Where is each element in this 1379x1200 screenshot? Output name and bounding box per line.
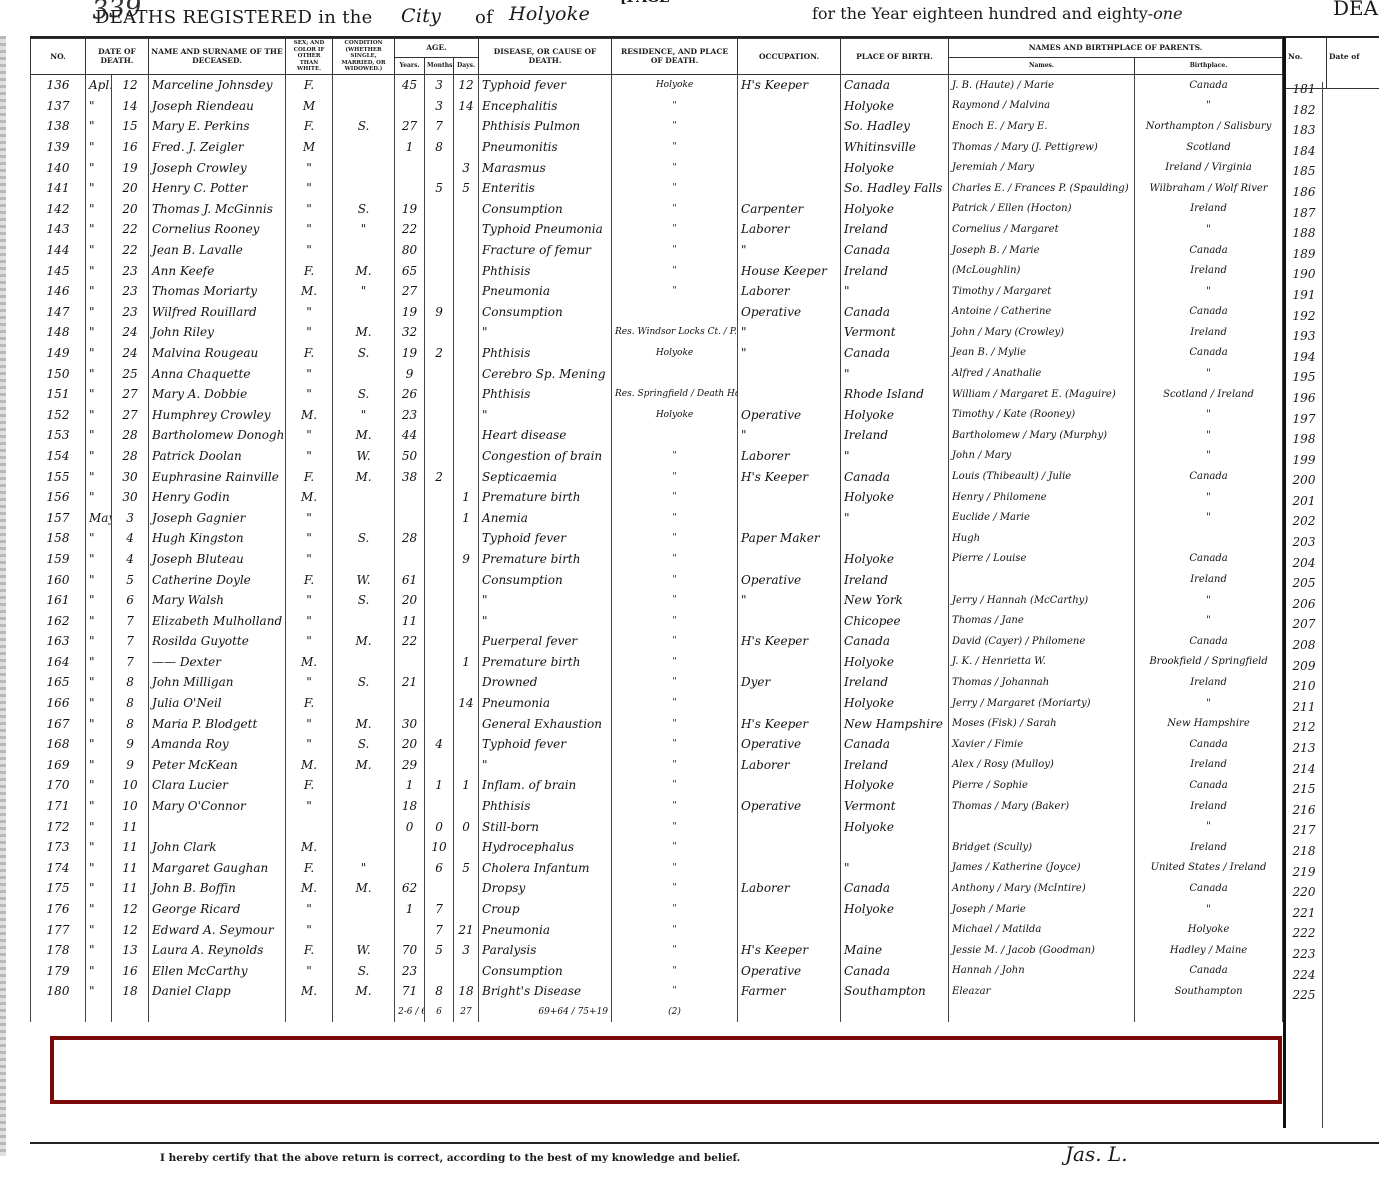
cause-of-death: Typhoid Pneumonia: [479, 219, 612, 240]
condition: [333, 816, 395, 837]
age-days: 1: [454, 487, 479, 508]
place-type: City: [401, 5, 441, 27]
sex: F.: [286, 466, 333, 487]
parent-birthplace: ": [1135, 404, 1283, 425]
place-of-birth: Canada: [841, 631, 949, 652]
certification-statement: I hereby certify that the above return i…: [160, 1152, 740, 1164]
death-month: ": [86, 858, 112, 879]
residence: ": [612, 796, 738, 817]
deceased-name: Hugh Kingston: [149, 528, 286, 549]
age-months: [425, 425, 454, 446]
age-days: [454, 384, 479, 405]
year-suffix: one: [1153, 4, 1182, 23]
sex: ": [286, 796, 333, 817]
death-month: ": [86, 899, 112, 920]
age-years: 70: [395, 940, 425, 961]
death-month: ": [86, 961, 112, 982]
next-page-record-number: 202: [1286, 514, 1322, 535]
age-years: [395, 157, 425, 178]
cause-of-death: Septicaemia: [479, 466, 612, 487]
col-header-months: Months.: [425, 57, 454, 74]
record-number: 137: [31, 96, 86, 117]
condition: M.: [333, 322, 395, 343]
residence: ": [612, 816, 738, 837]
death-day: 25: [112, 363, 149, 384]
age-days: 3: [454, 940, 479, 961]
occupation: Operative: [738, 569, 841, 590]
age-years: 9: [395, 363, 425, 384]
register-row: 180 " 18 Daniel Clapp M. M. 71 8 18 Brig…: [31, 981, 1283, 1002]
col-header-parent-birthplace: Birthplace.: [1135, 57, 1283, 74]
parent-names: Cornelius / Margaret: [949, 219, 1135, 240]
next-page-record-number: 207: [1286, 617, 1322, 638]
residence: ": [612, 610, 738, 631]
parent-names: Henry / Philomene: [949, 487, 1135, 508]
deceased-name: Henry C. Potter: [149, 178, 286, 199]
age-years: 32: [395, 322, 425, 343]
sex: F.: [286, 940, 333, 961]
next-page-record-number: 196: [1286, 391, 1322, 412]
residence: ": [612, 981, 738, 1002]
cause-of-death: Premature birth: [479, 652, 612, 673]
parent-birthplace: ": [1135, 425, 1283, 446]
cause-of-death: ": [479, 404, 612, 425]
residence: ": [612, 693, 738, 714]
register-row: 176 " 12 George Ricard " 1 7 Croup " Hol…: [31, 899, 1283, 920]
occupation: ": [738, 343, 841, 364]
parent-birthplace: ": [1135, 487, 1283, 508]
death-month: ": [86, 219, 112, 240]
age-years: 27: [395, 116, 425, 137]
place-of-birth: [841, 919, 949, 940]
parent-birthplace: ": [1135, 507, 1283, 528]
sex: F.: [286, 569, 333, 590]
parent-birthplace: Canada: [1135, 549, 1283, 570]
deceased-name: John B. Boffin: [149, 878, 286, 899]
age-days: [454, 796, 479, 817]
age-months: [425, 610, 454, 631]
total-months: 6: [425, 1002, 454, 1023]
record-number: 154: [31, 446, 86, 467]
age-days: [454, 528, 479, 549]
cause-of-death: Congestion of brain: [479, 446, 612, 467]
death-day: 11: [112, 837, 149, 858]
residence: ": [612, 919, 738, 940]
deceased-name: Maria P. Blodgett: [149, 713, 286, 734]
sex: M.: [286, 404, 333, 425]
death-day: 7: [112, 631, 149, 652]
death-month: ": [86, 610, 112, 631]
col-header-years: Years.: [395, 57, 425, 74]
death-day: 16: [112, 961, 149, 982]
parent-birthplace: ": [1135, 363, 1283, 384]
sex: F.: [286, 775, 333, 796]
age-months: 7: [425, 919, 454, 940]
death-day: 22: [112, 219, 149, 240]
deceased-name: Mary Walsh: [149, 590, 286, 611]
age-years: 80: [395, 240, 425, 261]
death-day: 20: [112, 199, 149, 220]
sex: M.: [286, 755, 333, 776]
col-header-parent-names: Names.: [949, 57, 1135, 74]
deceased-name: Anna Chaquette: [149, 363, 286, 384]
next-page-record-number: 201: [1286, 494, 1322, 515]
next-page-record-number: 195: [1286, 370, 1322, 391]
residence: ": [612, 652, 738, 673]
register-row: 178 " 13 Laura A. Reynolds F. W. 70 5 3 …: [31, 940, 1283, 961]
register-row: 142 " 20 Thomas J. McGinnis " S. 19 Cons…: [31, 199, 1283, 220]
death-month: ": [86, 302, 112, 323]
age-months: 5: [425, 940, 454, 961]
deceased-name: Mary O'Connor: [149, 796, 286, 817]
occupation: [738, 96, 841, 117]
parent-names: John / Mary (Crowley): [949, 322, 1135, 343]
age-months: [425, 796, 454, 817]
sex: ": [286, 590, 333, 611]
parent-birthplace: Canada: [1135, 466, 1283, 487]
age-days: [454, 219, 479, 240]
residence: ": [612, 96, 738, 117]
death-month: ": [86, 363, 112, 384]
deceased-name: Joseph Gagnier: [149, 507, 286, 528]
death-day: 19: [112, 157, 149, 178]
age-days: 5: [454, 178, 479, 199]
place-of-birth: ": [841, 446, 949, 467]
age-years: 19: [395, 302, 425, 323]
parent-birthplace: ": [1135, 610, 1283, 631]
record-number: 170: [31, 775, 86, 796]
next-page-record-number: 186: [1286, 185, 1322, 206]
age-months: 8: [425, 981, 454, 1002]
age-months: 6: [425, 858, 454, 879]
register-row: 160 " 5 Catherine Doyle F. W. 61 Consump…: [31, 569, 1283, 590]
place-of-birth: Holyoke: [841, 775, 949, 796]
age-months: 4: [425, 734, 454, 755]
deceased-name: Thomas Moriarty: [149, 281, 286, 302]
year-prefix: for the Year eighteen hundred and eighty…: [812, 4, 1153, 23]
death-month: ": [86, 713, 112, 734]
condition: [333, 919, 395, 940]
cause-of-death: Encephalitis: [479, 96, 612, 117]
parent-names: Alfred / Anathalie: [949, 363, 1135, 384]
age-years: 19: [395, 199, 425, 220]
record-number: 173: [31, 837, 86, 858]
register-row: 164 " 7 —— Dexter M. 1 Premature birth "…: [31, 652, 1283, 673]
record-number: 145: [31, 260, 86, 281]
condition: ": [333, 404, 395, 425]
total-days: 27: [454, 1002, 479, 1023]
death-day: 9: [112, 734, 149, 755]
death-day: 22: [112, 240, 149, 261]
place-of-birth: Holyoke: [841, 96, 949, 117]
age-months: [425, 590, 454, 611]
parent-birthplace: United States / Ireland: [1135, 858, 1283, 879]
death-month: ": [86, 590, 112, 611]
next-page-columns: No. Date of 1811821831841851861871881891…: [1283, 36, 1379, 1128]
record-number: 162: [31, 610, 86, 631]
cause-of-death: Consumption: [479, 199, 612, 220]
parent-names: Jeremiah / Mary: [949, 157, 1135, 178]
condition: M.: [333, 631, 395, 652]
occupation: Operative: [738, 796, 841, 817]
parent-birthplace: ": [1135, 281, 1283, 302]
death-day: 4: [112, 549, 149, 570]
age-months: [425, 404, 454, 425]
death-day: 15: [112, 116, 149, 137]
record-number: 148: [31, 322, 86, 343]
occupation: [738, 652, 841, 673]
cause-of-death: Consumption: [479, 569, 612, 590]
age-years: 18: [395, 796, 425, 817]
parent-birthplace: Northampton / Salisbury: [1135, 116, 1283, 137]
sex: M.: [286, 878, 333, 899]
register-row: 152 " 27 Humphrey Crowley M. " 23 " Holy…: [31, 404, 1283, 425]
occupation: ": [738, 240, 841, 261]
deceased-name: Marceline Johnsdey: [149, 74, 286, 95]
death-month: ": [86, 693, 112, 714]
parent-names: Jerry / Margaret (Moriarty): [949, 693, 1135, 714]
parent-names: Enoch E. / Mary E.: [949, 116, 1135, 137]
age-months: [425, 384, 454, 405]
occupation: [738, 549, 841, 570]
age-days: [454, 878, 479, 899]
sex: M: [286, 96, 333, 117]
cause-of-death: Enteritis: [479, 178, 612, 199]
register-row: 171 " 10 Mary O'Connor " 18 Phthisis " O…: [31, 796, 1283, 817]
condition: [333, 363, 395, 384]
parent-names: Antoine / Catherine: [949, 302, 1135, 323]
age-years: [395, 652, 425, 673]
occupation: [738, 137, 841, 158]
register-row: 167 " 8 Maria P. Blodgett " M. 30 Genera…: [31, 713, 1283, 734]
age-years: 20: [395, 734, 425, 755]
condition: S.: [333, 384, 395, 405]
register-row: 138 " 15 Mary E. Perkins F. S. 27 7 Phth…: [31, 116, 1283, 137]
residence: ": [612, 961, 738, 982]
condition: [333, 240, 395, 261]
age-days: [454, 631, 479, 652]
death-day: 20: [112, 178, 149, 199]
residence: ": [612, 446, 738, 467]
age-days: [454, 302, 479, 323]
cause-of-death: Phthisis: [479, 343, 612, 364]
parent-birthplace: Ireland: [1135, 569, 1283, 590]
age-months: 9: [425, 302, 454, 323]
col-header-parents: Names and Birthplace of Parents.: [949, 39, 1283, 58]
sex: ": [286, 199, 333, 220]
death-day: 7: [112, 610, 149, 631]
age-years: 62: [395, 878, 425, 899]
condition: S.: [333, 343, 395, 364]
age-years: [395, 837, 425, 858]
age-months: [425, 713, 454, 734]
next-page-record-number: 213: [1286, 741, 1322, 762]
parent-birthplace: Brookfield / Springfield: [1135, 652, 1283, 673]
next-page-record-number: 212: [1286, 720, 1322, 741]
death-day: 14: [112, 96, 149, 117]
parent-names: Thomas / Mary (Baker): [949, 796, 1135, 817]
parent-names: Thomas / Johannah: [949, 672, 1135, 693]
register-row: 146 " 23 Thomas Moriarty M. " 27 Pneumon…: [31, 281, 1283, 302]
cause-of-death: Paralysis: [479, 940, 612, 961]
condition: [333, 775, 395, 796]
place-of-birth: Holyoke: [841, 816, 949, 837]
death-month: ": [86, 631, 112, 652]
cause-of-death: Marasmus: [479, 157, 612, 178]
parent-names: Euclide / Marie: [949, 507, 1135, 528]
occupation: Farmer: [738, 981, 841, 1002]
cause-of-death: Pneumonia: [479, 281, 612, 302]
col-header-birthplace: Place of Birth.: [841, 39, 949, 75]
age-months: [425, 961, 454, 982]
deceased-name: Jean B. Lavalle: [149, 240, 286, 261]
residence: Holyoke: [612, 74, 738, 95]
next-page-title: DEA: [1333, 0, 1378, 20]
next-page-record-number: 184: [1286, 144, 1322, 165]
condition: M.: [333, 878, 395, 899]
death-register-table: No. Date of Death. Name and Surname of t…: [30, 36, 1283, 1022]
parent-birthplace: New Hampshire: [1135, 713, 1283, 734]
cause-of-death: Cerebro Sp. Mening: [479, 363, 612, 384]
age-years: [395, 507, 425, 528]
parent-names: Jessie M. / Jacob (Goodman): [949, 940, 1135, 961]
death-month: ": [86, 734, 112, 755]
death-month: ": [86, 816, 112, 837]
parent-names: Eleazar: [949, 981, 1135, 1002]
register-row: 136 Apl. 12 Marceline Johnsdey F. 45 3 1…: [31, 74, 1283, 95]
place-of-birth: Ireland: [841, 425, 949, 446]
age-years: 61: [395, 569, 425, 590]
age-years: 71: [395, 981, 425, 1002]
death-month: ": [86, 425, 112, 446]
occupation: Laborer: [738, 446, 841, 467]
parent-names: Hugh: [949, 528, 1135, 549]
parent-birthplace: Ireland: [1135, 755, 1283, 776]
record-number: 158: [31, 528, 86, 549]
sex: F.: [286, 858, 333, 879]
occupation: [738, 816, 841, 837]
deceased-name: Ann Keefe: [149, 260, 286, 281]
death-day: 23: [112, 281, 149, 302]
death-day: 12: [112, 899, 149, 920]
death-month: ": [86, 775, 112, 796]
parent-names: Joseph B. / Marie: [949, 240, 1135, 261]
deceased-name: Rosilda Guyotte: [149, 631, 286, 652]
condition: ": [333, 281, 395, 302]
occupation: H's Keeper: [738, 713, 841, 734]
place-of-birth: Holyoke: [841, 549, 949, 570]
place-of-birth: Canada: [841, 343, 949, 364]
age-days: [454, 425, 479, 446]
occupation: [738, 858, 841, 879]
age-days: [454, 363, 479, 384]
sex: F.: [286, 693, 333, 714]
record-number: 165: [31, 672, 86, 693]
next-page-record-number: 204: [1286, 556, 1322, 577]
death-day: 11: [112, 858, 149, 879]
parent-names: Thomas / Jane: [949, 610, 1135, 631]
death-month: ": [86, 569, 112, 590]
sex: ": [286, 157, 333, 178]
next-page-record-number: 193: [1286, 329, 1322, 350]
age-months: [425, 569, 454, 590]
sex: ": [286, 322, 333, 343]
parent-names: [949, 569, 1135, 590]
condition: [333, 302, 395, 323]
age-months: [425, 631, 454, 652]
cause-of-death: Cholera Infantum: [479, 858, 612, 879]
parent-birthplace: ": [1135, 590, 1283, 611]
parent-names: (McLoughlin): [949, 260, 1135, 281]
deceased-name: Amanda Roy: [149, 734, 286, 755]
age-years: 45: [395, 74, 425, 95]
deceased-name: Malvina Rougeau: [149, 343, 286, 364]
residence: ": [612, 631, 738, 652]
parent-birthplace: Canada: [1135, 343, 1283, 364]
parent-birthplace: Scotland / Ireland: [1135, 384, 1283, 405]
death-day: 18: [112, 981, 149, 1002]
age-years: 1: [395, 899, 425, 920]
occupation: [738, 610, 841, 631]
register-title: DEATHS REGISTERED in the City of Holyoke: [95, 7, 373, 28]
death-day: 27: [112, 404, 149, 425]
col-header-date: Date of Death.: [86, 39, 149, 75]
parent-names: Raymond / Malvina: [949, 96, 1135, 117]
place-of-birth: Holyoke: [841, 652, 949, 673]
residence: ": [612, 878, 738, 899]
death-day: 8: [112, 713, 149, 734]
col-header-sex: Sex; and Color if other than White.: [286, 39, 333, 75]
cause-of-death: Bright's Disease: [479, 981, 612, 1002]
condition: [333, 837, 395, 858]
sex: ": [286, 961, 333, 982]
place-of-birth: Holyoke: [841, 899, 949, 920]
register-row: 174 " 11 Margaret Gaughan F. " 6 5 Chole…: [31, 858, 1283, 879]
record-number: 172: [31, 816, 86, 837]
parent-names: John / Mary: [949, 446, 1135, 467]
residence: ": [612, 713, 738, 734]
register-row: 144 " 22 Jean B. Lavalle " 80 Fracture o…: [31, 240, 1283, 261]
place-of-birth: Ireland: [841, 672, 949, 693]
next-page-record-number: 223: [1286, 947, 1322, 968]
death-day: 8: [112, 693, 149, 714]
sex: ": [286, 363, 333, 384]
occupation: [738, 384, 841, 405]
sex: F.: [286, 343, 333, 364]
death-month: ": [86, 446, 112, 467]
cause-of-death: ": [479, 610, 612, 631]
next-page-record-number: 197: [1286, 412, 1322, 433]
disease-total-note: 69+64 / 75+19: [479, 1002, 612, 1023]
record-number: 150: [31, 363, 86, 384]
residence: ": [612, 899, 738, 920]
age-years: [395, 96, 425, 117]
col-header-name: Name and Surname of the Deceased.: [149, 39, 286, 75]
condition: M.: [333, 713, 395, 734]
age-days: [454, 837, 479, 858]
occupation: [738, 837, 841, 858]
cause-of-death: Typhoid fever: [479, 734, 612, 755]
age-years: 28: [395, 528, 425, 549]
record-number: 157: [31, 507, 86, 528]
place-of-birth: [841, 837, 949, 858]
parent-birthplace: Scotland: [1135, 137, 1283, 158]
occupation: Dyer: [738, 672, 841, 693]
residence: ": [612, 487, 738, 508]
sex: ": [286, 631, 333, 652]
deceased-name: Euphrasine Rainville: [149, 466, 286, 487]
age-days: 18: [454, 981, 479, 1002]
